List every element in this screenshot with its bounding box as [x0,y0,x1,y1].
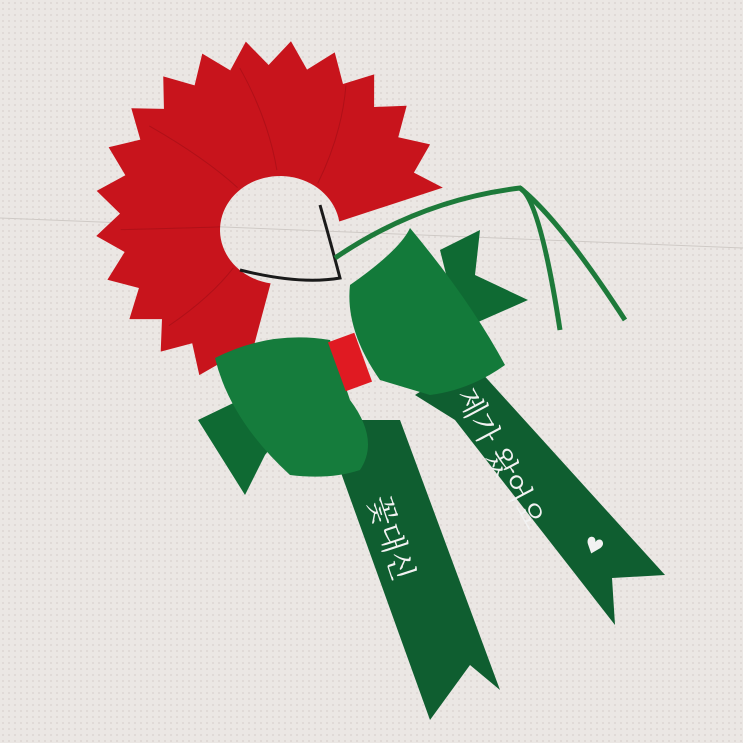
photo-scene: 꽃대신 제가 왔어요 ♥ [0,0,743,743]
craft-illustration: 꽃대신 제가 왔어요 ♥ [0,0,743,743]
